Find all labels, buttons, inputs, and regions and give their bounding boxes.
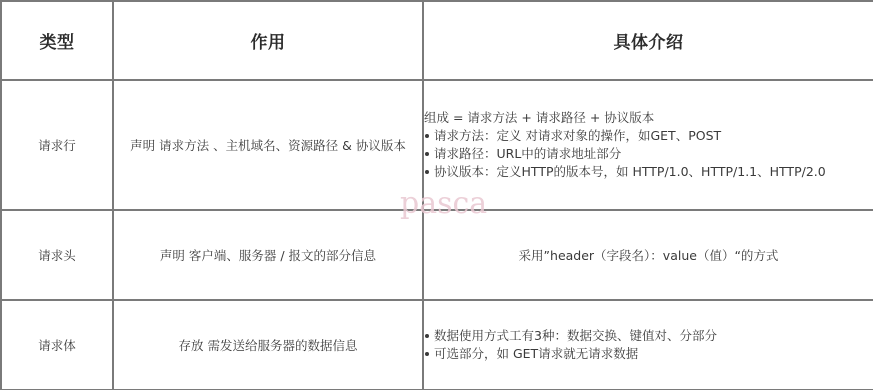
table-row-request-body: 请求体 存放 需发送给服务器的数据信息 数据使用方式工有3种：数据交换、键值对、… xyxy=(1,300,873,390)
cell-type: 请求头 xyxy=(1,210,113,300)
cell-detail: 采用”header（字段名）：value（值）“的方式 xyxy=(423,210,873,300)
cell-purpose: 声明 请求方法 、主机域名、资源路径 & 协议版本 xyxy=(113,80,423,210)
header-detail: 具体介绍 xyxy=(423,1,873,80)
detail-bullet: 请求路径：URL中的请求地址部分 xyxy=(424,145,873,163)
http-request-structure-table: 类型 作用 具体介绍 请求行 声明 请求方法 、主机域名、资源路径 & 协议版本… xyxy=(0,0,873,390)
table-row-request-header: 请求头 声明 客户端、服务器 / 报文的部分信息 采用”header（字段名）：… xyxy=(1,210,873,300)
bullet-icon xyxy=(425,334,429,338)
bullet-icon xyxy=(425,134,429,138)
cell-purpose: 存放 需发送给服务器的数据信息 xyxy=(113,300,423,390)
bullet-icon xyxy=(425,352,429,356)
bullet-text: 可选部分，如 GET请求就无请求数据 xyxy=(434,346,638,361)
bullet-text: 请求方法：定义 对请求对象的操作，如GET、POST xyxy=(434,128,721,143)
cell-purpose: 声明 客户端、服务器 / 报文的部分信息 xyxy=(113,210,423,300)
cell-detail: 组成 = 请求方法 + 请求路径 + 协议版本 请求方法：定义 对请求对象的操作… xyxy=(423,80,873,210)
detail-intro: 组成 = 请求方法 + 请求路径 + 协议版本 xyxy=(424,109,873,127)
detail-bullet: 可选部分，如 GET请求就无请求数据 xyxy=(424,345,873,363)
bullet-text: 数据使用方式工有3种：数据交换、键值对、分部分 xyxy=(434,328,717,343)
cell-detail: 数据使用方式工有3种：数据交换、键值对、分部分 可选部分，如 GET请求就无请求… xyxy=(423,300,873,390)
cell-type: 请求体 xyxy=(1,300,113,390)
bullet-text: 协议版本：定义HTTP的版本号，如 HTTP/1.0、HTTP/1.1、HTTP… xyxy=(434,164,826,179)
header-purpose: 作用 xyxy=(113,1,423,80)
detail-bullet: 请求方法：定义 对请求对象的操作，如GET、POST xyxy=(424,127,873,145)
header-type: 类型 xyxy=(1,1,113,80)
detail-bullet: 数据使用方式工有3种：数据交换、键值对、分部分 xyxy=(424,327,873,345)
bullet-icon xyxy=(425,170,429,174)
detail-bullet: 协议版本：定义HTTP的版本号，如 HTTP/1.0、HTTP/1.1、HTTP… xyxy=(424,163,873,181)
cell-type: 请求行 xyxy=(1,80,113,210)
table-header-row: 类型 作用 具体介绍 xyxy=(1,1,873,80)
bullet-text: 请求路径：URL中的请求地址部分 xyxy=(434,146,621,161)
table-row-request-line: 请求行 声明 请求方法 、主机域名、资源路径 & 协议版本 组成 = 请求方法 … xyxy=(1,80,873,210)
bullet-icon xyxy=(425,152,429,156)
